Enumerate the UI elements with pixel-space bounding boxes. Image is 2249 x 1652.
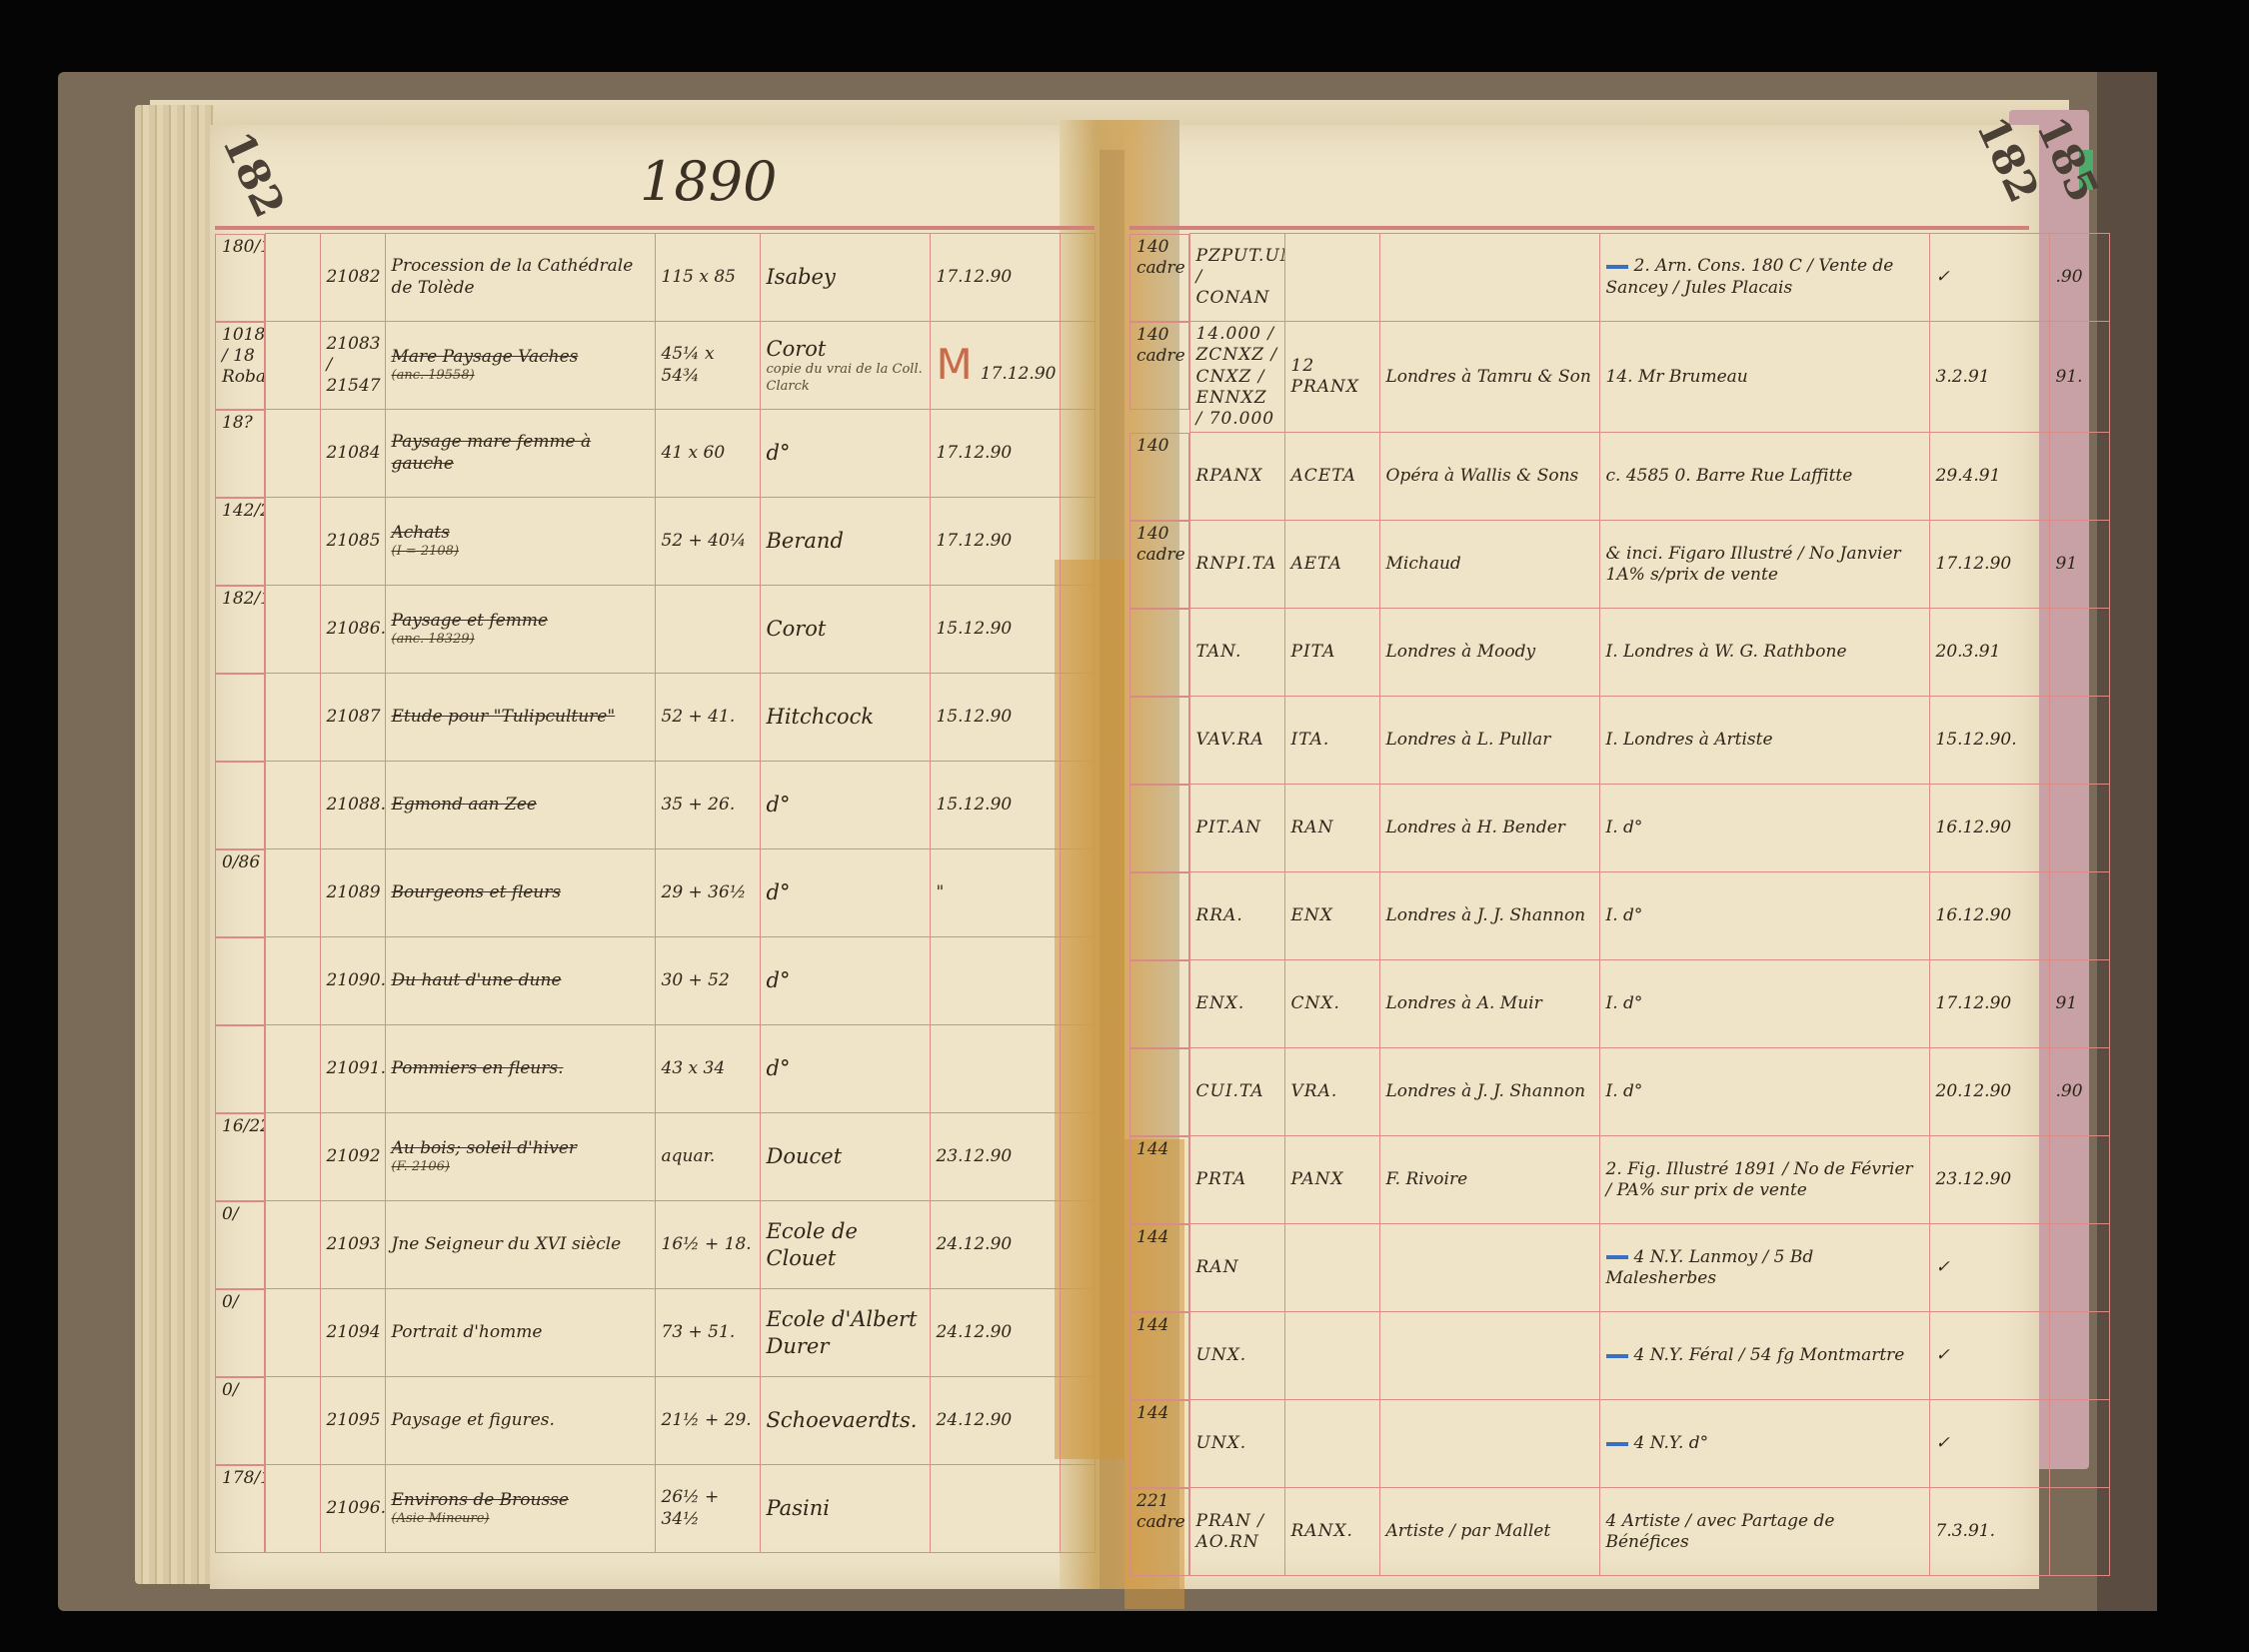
extra-cell: [2049, 433, 2109, 521]
stock-number-cell-text: 21085: [327, 531, 381, 551]
lot-cell: 140 cadre: [1129, 521, 1189, 609]
destination-text: & inci. Figaro Illustré / No Janvier 1A%…: [1606, 544, 1901, 585]
destination-cell: & inci. Figaro Illustré / No Janvier 1A%…: [1599, 521, 1929, 609]
blue-pencil-mark: [1606, 265, 1628, 269]
ref-cell: 142/220: [215, 498, 265, 586]
origin-cell-text: Londres à Moody: [1386, 642, 1536, 662]
extra-cell-text: 91.: [2056, 367, 2083, 387]
sale-date-cell: 20.12.90: [1929, 1048, 2049, 1136]
dimensions-cell-text: 29 + 36½: [662, 882, 747, 902]
cost-code-cell: PRTA: [1189, 1136, 1284, 1224]
spacer-cell: [265, 1377, 320, 1465]
dimensions-cell: 41 x 60: [655, 410, 760, 498]
sale-code-cell-text: RAN: [1291, 818, 1334, 837]
sale-code-cell: RAN: [1284, 785, 1379, 872]
extra-cell: [2049, 697, 2109, 785]
dimensions-cell-text: aquar.: [662, 1146, 716, 1166]
ref-cell: 182/183: [215, 586, 265, 674]
title-cell-text: Paysage et femme: [392, 611, 549, 631]
destination-text: I. d°: [1606, 818, 1643, 837]
sale-code-cell: [1284, 234, 1379, 322]
origin-cell: Londres à H. Bender: [1379, 785, 1599, 872]
ledger-row: 180/18321082Procession de la Cathédrale …: [215, 234, 1095, 322]
lot-cell: 140 cadre: [1129, 234, 1189, 322]
origin-cell: Londres à L. Pullar: [1379, 697, 1599, 785]
lot-cell: 144: [1129, 1224, 1189, 1312]
stock-number-cell-text: 21089: [327, 882, 381, 902]
ledger-row: 182/18321086.Paysage et femme(anc. 18329…: [215, 586, 1095, 674]
sale-date-cell: 16.12.90: [1929, 872, 2049, 960]
extra-cell-text: 91: [2056, 993, 2078, 1013]
date-cell: ": [930, 849, 1060, 937]
ref-cell: 0/: [215, 1201, 265, 1289]
lot-cell: 144: [1129, 1400, 1189, 1488]
artist-cell-text: d°: [767, 880, 791, 904]
margin-cell: [1060, 586, 1095, 674]
ref-cell-text: 10189H / 18 Robaut: [222, 325, 265, 388]
artist-cell-text: d°: [767, 1056, 791, 1080]
origin-cell: F. Rivoire: [1379, 1136, 1599, 1224]
cost-code-cell: PZPUT.UN / CONAN: [1189, 234, 1284, 322]
date-cell: 15.12.90: [930, 762, 1060, 849]
sale-code-cell-text: ENX: [1291, 905, 1333, 925]
cost-code-cell: RNPI.TA: [1189, 521, 1284, 609]
artist-cell-text: Ecole d'Albert Durer: [767, 1307, 918, 1357]
lot-cell-text: 144: [1136, 1227, 1168, 1247]
ledger-row: 18?21084Paysage mare femme à gauche41 x …: [215, 410, 1095, 498]
sale-date-cell-text: ✓: [1936, 1433, 1950, 1453]
title-cell: Procession de la Cathédrale de Tolède: [385, 234, 655, 322]
lot-cell: [1129, 609, 1189, 697]
dimensions-cell: 52 + 41.: [655, 674, 760, 762]
stock-number-cell-text: 21082: [327, 267, 381, 287]
cost-code-cell-text: 14.000 / ZCNXZ / CNXZ / ENNXZ / 70.000: [1196, 324, 1278, 429]
artist-cell: Ecole de Clouet: [760, 1201, 930, 1289]
sale-code-cell-text: ITA.: [1291, 730, 1330, 750]
origin-cell-text: F. Rivoire: [1386, 1169, 1468, 1189]
stock-number-cell: 21090.: [320, 937, 385, 1025]
cost-code-cell: ENX.: [1189, 960, 1284, 1048]
date-cell: 24.12.90: [930, 1201, 1060, 1289]
blue-pencil-mark: [1606, 1255, 1628, 1259]
lot-cell-text: 144: [1136, 1315, 1168, 1335]
cost-code-cell-text: TAN.: [1196, 642, 1242, 662]
origin-cell-text: Londres à J. J. Shannon: [1386, 1081, 1586, 1101]
cost-code-cell-text: PRTA: [1196, 1169, 1247, 1189]
sale-code-cell-text: VRA.: [1291, 1081, 1338, 1101]
dimensions-cell: 30 + 52: [655, 937, 760, 1025]
ledger-row: 144UNX.4 N.Y. d°✓: [1129, 1400, 2109, 1488]
sale-date-cell: 20.3.91: [1929, 609, 2049, 697]
stock-number-cell-text: 21095: [327, 1410, 381, 1430]
cost-code-cell: PRAN / AO.RN: [1189, 1488, 1284, 1576]
dimensions-cell-text: 45¼ x 54¾: [662, 344, 715, 385]
cost-code-cell-text: CUI.TA: [1196, 1081, 1264, 1101]
artist-cell: Schoevaerdts.: [760, 1377, 930, 1465]
lot-cell: 221 cadre: [1129, 1488, 1189, 1576]
dimensions-cell: 115 x 85: [655, 234, 760, 322]
sale-code-cell-text: AETA: [1291, 554, 1342, 574]
dimensions-cell: 45¼ x 54¾: [655, 322, 760, 410]
spacer-cell: [265, 1025, 320, 1113]
title-cell: Etude pour "Tulipculture": [385, 674, 655, 762]
date-cell-text: 24.12.90: [937, 1410, 1013, 1430]
ledger-row: 140RPANXACETAOpéra à Wallis & Sonsc. 458…: [1129, 433, 2109, 521]
cost-code-cell-text: ENX.: [1196, 993, 1245, 1013]
sale-date-cell: 29.4.91: [1929, 433, 2049, 521]
ledger-row: 140 cadre14.000 / ZCNXZ / CNXZ / ENNXZ /…: [1129, 322, 2109, 433]
dimensions-cell: 73 + 51.: [655, 1289, 760, 1377]
lot-cell: 140: [1129, 433, 1189, 521]
margin-cell: [1060, 322, 1095, 410]
origin-cell-text: Artiste / par Mallet: [1386, 1521, 1551, 1541]
extra-cell-text: .90: [2056, 267, 2083, 287]
cost-code-cell-text: PRAN / AO.RN: [1196, 1511, 1265, 1552]
ledger-row: 144PRTAPANXF. Rivoire2. Fig. Illustré 18…: [1129, 1136, 2109, 1224]
title-cell: Pommiers en fleurs.: [385, 1025, 655, 1113]
artist-cell: Berand: [760, 498, 930, 586]
stock-number-cell-text: 21086.: [327, 619, 386, 639]
sale-date-cell-text: 7.3.91.: [1936, 1521, 1995, 1541]
lot-cell: 144: [1129, 1312, 1189, 1400]
artist-cell-text: d°: [767, 441, 791, 465]
extra-cell: [2049, 1224, 2109, 1312]
cost-code-cell-text: UNX.: [1196, 1345, 1247, 1365]
origin-cell: Londres à Moody: [1379, 609, 1599, 697]
cost-code-cell: UNX.: [1189, 1312, 1284, 1400]
checkmark-icon: ✓: [1929, 234, 2049, 322]
date-cell-text: 17.12.90: [937, 267, 1013, 287]
artist-cell-text: Berand: [767, 529, 844, 553]
date-cell-text: 24.12.90: [937, 1234, 1013, 1254]
date-cell: [930, 1025, 1060, 1113]
ledger-row: VAV.RAITA.Londres à L. PullarI. Londres …: [1129, 697, 2109, 785]
stock-number-cell-text: 21091.: [327, 1058, 386, 1078]
margin-cell: [1060, 1201, 1095, 1289]
cost-code-cell-text: RRA.: [1196, 905, 1243, 925]
destination-text: 14. Mr Brumeau: [1606, 367, 1748, 387]
spacer-cell: [265, 234, 320, 322]
spacer-cell: [265, 849, 320, 937]
ref-cell: 0/86: [215, 849, 265, 937]
extra-cell: [2049, 1136, 2109, 1224]
dimensions-cell: 43 x 34: [655, 1025, 760, 1113]
stock-number-cell-text: 21084: [327, 443, 381, 463]
lot-cell-text: 140 cadre: [1136, 325, 1185, 366]
ledger-row: ENX.CNX.Londres à A. MuirI. d°17.12.9091: [1129, 960, 2109, 1048]
extra-cell: 91: [2049, 960, 2109, 1048]
sale-code-cell: PANX: [1284, 1136, 1379, 1224]
ledger-row: 10189H / 18 Robaut21083 / 21547Mare Pays…: [215, 322, 1095, 410]
cost-code-cell: CUI.TA: [1189, 1048, 1284, 1136]
sale-date-cell: 15.12.90.: [1929, 697, 2049, 785]
artist-cell: d°: [760, 1025, 930, 1113]
title-cell-text: Egmond aan Zee: [392, 795, 537, 815]
header-rule-right: [1129, 226, 2029, 230]
date-cell: 24.12.90: [930, 1377, 1060, 1465]
dimensions-cell: 35 + 26.: [655, 762, 760, 849]
destination-cell: I. Londres à Artiste: [1599, 697, 1929, 785]
destination-text: 4 N.Y. Féral / 54 fg Montmartre: [1634, 1345, 1905, 1365]
dimensions-cell-text: 21½ + 29.: [662, 1410, 752, 1430]
ref-cell-text: 0/86: [222, 852, 260, 872]
artist-cell: d°: [760, 762, 930, 849]
header-rule-left: [215, 226, 1095, 230]
sale-date-cell-text: 17.12.90: [1936, 554, 2012, 574]
lot-cell-text: 140: [1136, 436, 1168, 456]
destination-cell: 2. Arn. Cons. 180 C / Vente de Sancey / …: [1599, 234, 1929, 322]
spacer-cell: [265, 1465, 320, 1553]
title-cell-text: Pommiers en fleurs.: [392, 1058, 564, 1078]
sale-date-cell-text: ✓: [1936, 1345, 1950, 1365]
lot-cell-text: 140 cadre: [1136, 237, 1185, 278]
date-cell: [930, 937, 1060, 1025]
stock-number-cell-text: 21096.: [327, 1498, 386, 1518]
spacer-cell: [265, 762, 320, 849]
year-heading: 1890: [640, 150, 777, 213]
ledger-row: 21087Etude pour "Tulipculture"52 + 41.Hi…: [215, 674, 1095, 762]
margin-cell: [1060, 674, 1095, 762]
cost-code-cell: RPANX: [1189, 433, 1284, 521]
destination-cell: 2. Fig. Illustré 1891 / No de Février / …: [1599, 1136, 1929, 1224]
ref-cell-text: 0/: [222, 1204, 239, 1224]
spacer-cell: [265, 937, 320, 1025]
margin-cell: [1060, 937, 1095, 1025]
spacer-cell: [265, 1113, 320, 1201]
artist-cell: Doucet: [760, 1113, 930, 1201]
ref-cell-text: 0/: [222, 1292, 239, 1312]
title-cell-text: Procession de la Cathédrale de Tolède: [392, 256, 634, 297]
stock-number-cell: 21091.: [320, 1025, 385, 1113]
sale-date-cell: 16.12.90: [1929, 785, 2049, 872]
blue-pencil-mark: [1606, 1354, 1628, 1358]
destination-cell: 4 N.Y. d°: [1599, 1400, 1929, 1488]
artist-cell-text: Corot: [767, 617, 827, 641]
dimensions-cell-text: 26½ + 34½: [662, 1487, 720, 1528]
ref-cell-text: 142/220: [222, 501, 265, 521]
sale-date-cell-text: 15.12.90.: [1936, 730, 2017, 750]
destination-cell: I. Londres à W. G. Rathbone: [1599, 609, 1929, 697]
sale-code-cell-text: RANX.: [1291, 1521, 1353, 1541]
sale-code-cell: VRA.: [1284, 1048, 1379, 1136]
lot-cell: [1129, 1048, 1189, 1136]
title-cell-text: Paysage mare femme à gauche: [392, 432, 592, 473]
ref-cell: 180/183: [215, 234, 265, 322]
date-cell-text: 15.12.90: [937, 707, 1013, 727]
spacer-cell: [265, 1289, 320, 1377]
spacer-cell: [265, 1201, 320, 1289]
origin-cell: Michaud: [1379, 521, 1599, 609]
margin-cell: [1060, 1289, 1095, 1377]
sale-code-cell: ENX: [1284, 872, 1379, 960]
origin-cell: [1379, 1400, 1599, 1488]
destination-cell: I. d°: [1599, 872, 1929, 960]
artist-cell-text: Pasini: [767, 1496, 830, 1520]
origin-cell-text: Londres à A. Muir: [1386, 993, 1542, 1013]
extra-cell: .90: [2049, 234, 2109, 322]
artist-cell: d°: [760, 849, 930, 937]
lot-cell: 140 cadre: [1129, 322, 1189, 410]
ref-cell-text: 182/183: [222, 589, 265, 609]
blue-pencil-mark: [1606, 1442, 1628, 1446]
ledger-row: 140 cadreRNPI.TAAETAMichaud& inci. Figar…: [1129, 521, 2109, 609]
title-cell-text: Jne Seigneur du XVI siècle: [392, 1234, 622, 1254]
destination-cell: 14. Mr Brumeau: [1599, 322, 1929, 433]
dimensions-cell-text: 30 + 52: [662, 970, 730, 990]
title-cell-text: Portrait d'homme: [392, 1322, 543, 1342]
destination-cell: 4 N.Y. Féral / 54 fg Montmartre: [1599, 1312, 1929, 1400]
margin-cell: [1060, 234, 1095, 322]
destination-text: 4 Artiste / avec Partage de Bénéfices: [1606, 1511, 1835, 1552]
title-cell: Mare Paysage Vaches(anc. 19558): [385, 322, 655, 410]
title-cell: Environs de Brousse(Asie Mineure): [385, 1465, 655, 1553]
red-m-mark: M: [937, 340, 973, 389]
title-cell: Portrait d'homme: [385, 1289, 655, 1377]
destination-cell: I. d°: [1599, 1048, 1929, 1136]
cost-code-cell-text: PZPUT.UN / CONAN: [1196, 246, 1285, 309]
destination-text: 4 N.Y. Lanmoy / 5 Bd Malesherbes: [1606, 1247, 1814, 1288]
artist-cell: d°: [760, 410, 930, 498]
title-cell-text: Paysage et figures.: [392, 1410, 555, 1430]
date-cell: 15.12.90: [930, 586, 1060, 674]
dimensions-cell: 21½ + 29.: [655, 1377, 760, 1465]
title-cell: Jne Seigneur du XVI siècle: [385, 1201, 655, 1289]
spacer-cell: [265, 498, 320, 586]
checkmark-icon: ✓: [1929, 1312, 2049, 1400]
dimensions-cell: 29 + 36½: [655, 849, 760, 937]
extra-cell: [2049, 609, 2109, 697]
title-cell: Paysage et femme(anc. 18329): [385, 586, 655, 674]
spacer-cell: [265, 586, 320, 674]
right-ledger-table: 140 cadrePZPUT.UN / CONAN2. Arn. Cons. 1…: [1129, 233, 2110, 1576]
title-note: (F. 2106): [392, 1159, 649, 1175]
margin-cell: [1060, 849, 1095, 937]
ledger-row: 21090.Du haut d'une dune30 + 52d°: [215, 937, 1095, 1025]
title-cell: Au bois; soleil d'hiver(F. 2106): [385, 1113, 655, 1201]
title-cell: Paysage mare femme à gauche: [385, 410, 655, 498]
date-cell: 15.12.90: [930, 674, 1060, 762]
ledger-row: 178/19121096.Environs de Brousse(Asie Mi…: [215, 1465, 1095, 1553]
dimensions-cell-text: 41 x 60: [662, 443, 726, 463]
sale-date-cell-text: ✓: [1936, 1257, 1950, 1277]
origin-cell: Londres à J. J. Shannon: [1379, 872, 1599, 960]
title-cell-text: Environs de Brousse: [392, 1490, 570, 1510]
stock-number-cell: 21084: [320, 410, 385, 498]
title-note: (Asie Mineure): [392, 1511, 649, 1527]
artist-cell: Pasini: [760, 1465, 930, 1553]
extra-cell-text: .90: [2056, 1081, 2083, 1101]
date-cell: [930, 1465, 1060, 1553]
checkmark-icon: ✓: [1929, 1224, 2049, 1312]
ledger-row: 0/21094Portrait d'homme73 + 51.Ecole d'A…: [215, 1289, 1095, 1377]
spacer-cell: [265, 674, 320, 762]
artist-cell: Corot: [760, 586, 930, 674]
lot-cell: [1129, 872, 1189, 960]
title-cell-text: Mare Paysage Vaches: [392, 347, 579, 367]
artist-cell: Isabey: [760, 234, 930, 322]
sale-date-cell-text: 16.12.90: [1936, 905, 2012, 925]
dimensions-cell: 26½ + 34½: [655, 1465, 760, 1553]
title-note: (anc. 18329): [392, 632, 649, 648]
lot-cell: [1129, 960, 1189, 1048]
extra-cell: [2049, 1400, 2109, 1488]
origin-cell: [1379, 1312, 1599, 1400]
sale-code-cell: RANX.: [1284, 1488, 1379, 1576]
ledger-row: 144RAN4 N.Y. Lanmoy / 5 Bd Malesherbes✓: [1129, 1224, 2109, 1312]
cost-code-cell-text: VAV.RA: [1196, 730, 1264, 750]
stock-number-cell-text: 21092: [327, 1146, 381, 1166]
destination-text: 4 N.Y. d°: [1634, 1433, 1709, 1453]
stock-number-cell-text: 21090.: [327, 970, 386, 990]
destination-cell: 4 Artiste / avec Partage de Bénéfices: [1599, 1488, 1929, 1576]
origin-cell: Artiste / par Mallet: [1379, 1488, 1599, 1576]
destination-text: I. d°: [1606, 993, 1643, 1013]
date-cell-text: 24.12.90: [937, 1322, 1013, 1342]
artist-note: copie du vrai de la Coll. Clarck: [767, 362, 924, 395]
cost-code-cell: TAN.: [1189, 609, 1284, 697]
ledger-row: 16/22121092Au bois; soleil d'hiver(F. 21…: [215, 1113, 1095, 1201]
destination-cell: I. d°: [1599, 960, 1929, 1048]
origin-cell: Londres à Tamru & Son: [1379, 322, 1599, 433]
left-ledger-table: 180/18321082Procession de la Cathédrale …: [215, 233, 1096, 1553]
extra-cell: 91.: [2049, 322, 2109, 433]
ref-cell-text: 178/191: [222, 1468, 265, 1488]
sale-code-cell-text: 12 PRANX: [1291, 356, 1360, 397]
stock-number-cell-text: 21093: [327, 1234, 381, 1254]
ref-cell: 178/191: [215, 1465, 265, 1553]
dimensions-cell-text: 43 x 34: [662, 1058, 726, 1078]
stock-number-cell: 21088.: [320, 762, 385, 849]
extra-cell: [2049, 872, 2109, 960]
sale-date-cell-text: 17.12.90: [1936, 993, 2012, 1013]
ref-cell-text: 0/: [222, 1380, 239, 1400]
artist-cell-text: Corot: [767, 337, 827, 361]
dimensions-cell: aquar.: [655, 1113, 760, 1201]
cost-code-cell: UNX.: [1189, 1400, 1284, 1488]
dimensions-cell: 52 + 40¼: [655, 498, 760, 586]
artist-cell-text: Doucet: [767, 1144, 843, 1168]
sale-date-cell: 7.3.91.: [1929, 1488, 2049, 1576]
sale-code-cell: ITA.: [1284, 697, 1379, 785]
date-cell-text: 17.12.90: [937, 443, 1013, 463]
ref-cell: 0/: [215, 1289, 265, 1377]
ledger-row: 0/8621089Bourgeons et fleurs29 + 36½d°": [215, 849, 1095, 937]
margin-cell: [1060, 1025, 1095, 1113]
dimensions-cell: [655, 586, 760, 674]
title-cell-text: Au bois; soleil d'hiver: [392, 1138, 578, 1158]
origin-cell: Opéra à Wallis & Sons: [1379, 433, 1599, 521]
destination-text: 2. Arn. Cons. 180 C / Vente de Sancey / …: [1606, 256, 1894, 297]
cost-code-cell-text: RPANX: [1196, 466, 1263, 486]
extra-cell-text: 91: [2056, 554, 2078, 574]
origin-cell-text: Londres à J. J. Shannon: [1386, 905, 1586, 925]
title-cell-text: Etude pour "Tulipculture": [392, 707, 616, 727]
extra-cell: [2049, 785, 2109, 872]
margin-cell: [1060, 1377, 1095, 1465]
stock-number-cell-text: 21094: [327, 1322, 381, 1342]
page-stack-edges: [135, 105, 215, 1584]
cost-code-cell: 14.000 / ZCNXZ / CNXZ / ENNXZ / 70.000: [1189, 322, 1284, 433]
cost-code-cell: PIT.AN: [1189, 785, 1284, 872]
artist-cell-text: Hitchcock: [767, 705, 875, 729]
date-cell: 24.12.90: [930, 1289, 1060, 1377]
date-cell: M17.12.90: [930, 322, 1060, 410]
cost-code-cell: VAV.RA: [1189, 697, 1284, 785]
sale-date-cell-text: 20.12.90: [1936, 1081, 2012, 1101]
sale-code-cell: [1284, 1224, 1379, 1312]
stock-number-cell: 21089: [320, 849, 385, 937]
lot-cell-text: 140 cadre: [1136, 524, 1185, 565]
